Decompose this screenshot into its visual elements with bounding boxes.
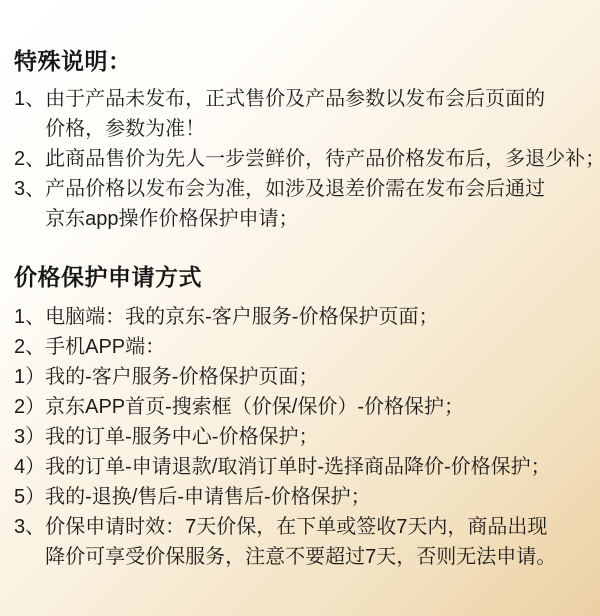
list-item: 1） 我的-客户服务-价格保护页面； [14,362,586,392]
special-notes-title: 特殊说明： [14,44,586,78]
list-item: 1、 由于产品未发布，正式售价及产品参数以发布会后页面的 价格，参数为准！ [14,84,586,144]
item-marker: 2、 [14,144,45,174]
item-text: 由于产品未发布，正式售价及产品参数以发布会后页面的 价格，参数为准！ [45,84,586,144]
price-protection-notice: 特殊说明： 1、 由于产品未发布，正式售价及产品参数以发布会后页面的 价格，参数… [0,0,600,616]
list-item: 3、 产品价格以发布会为准，如涉及退差价需在发布会后通过 京东app操作价格保护… [14,174,586,234]
item-marker: 2、 [14,332,45,362]
item-marker: 2） [14,392,45,422]
item-marker: 1、 [14,302,45,332]
item-text: 我的-客户服务-价格保护页面； [45,362,586,392]
item-text: 手机APP端： [45,332,586,362]
list-item: 4） 我的订单-申请退款/取消订单时-选择商品降价-价格保护； [14,452,586,482]
list-item: 1、 电脑端：我的京东-客户服务-价格保护页面； [14,302,586,332]
list-item: 5） 我的-退换/售后-申请售后-价格保护； [14,482,586,512]
list-item: 2、 此商品售价为先人一步尝鲜价，待产品价格发布后，多退少补； [14,144,586,174]
list-item: 3） 我的订单-服务中心-价格保护； [14,422,586,452]
item-text: 电脑端：我的京东-客户服务-价格保护页面； [45,302,586,332]
item-marker: 3、 [14,512,45,542]
item-text: 我的订单-申请退款/取消订单时-选择商品降价-价格保护； [45,452,586,482]
item-text: 我的订单-服务中心-价格保护； [45,422,586,452]
item-text: 此商品售价为先人一步尝鲜价，待产品价格发布后，多退少补； [45,144,586,174]
item-marker: 1、 [14,84,45,114]
item-text: 价保申请时效：7天价保，在下单或签收7天内，商品出现 降价可享受价保服务，注意不… [45,512,586,572]
item-marker: 3） [14,422,45,452]
price-protection-title: 价格保护申请方式 [14,260,586,294]
item-marker: 1） [14,362,45,392]
item-marker: 4） [14,452,45,482]
list-item: 3、 价保申请时效：7天价保，在下单或签收7天内，商品出现 降价可享受价保服务，… [14,512,586,572]
item-marker: 3、 [14,174,45,204]
list-item: 2、 手机APP端： [14,332,586,362]
item-text: 京东APP首页-搜索框（价保/保价）-价格保护； [45,392,586,422]
item-text: 产品价格以发布会为准，如涉及退差价需在发布会后通过 京东app操作价格保护申请； [45,174,586,234]
item-text: 我的-退换/售后-申请售后-价格保护； [45,482,586,512]
list-item: 2） 京东APP首页-搜索框（价保/保价）-价格保护； [14,392,586,422]
item-marker: 5） [14,482,45,512]
